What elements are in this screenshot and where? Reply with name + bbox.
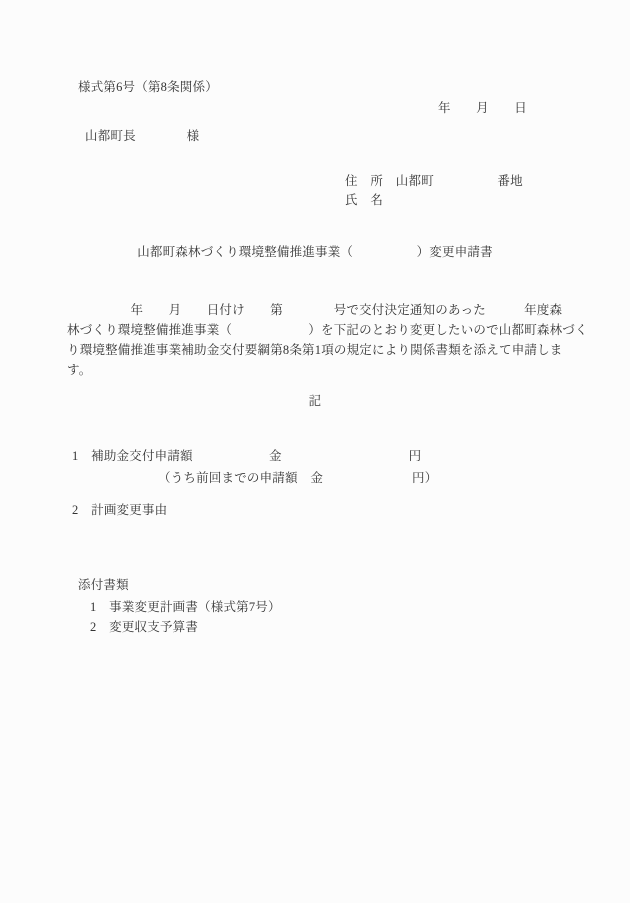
section-marker: 記 (0, 394, 630, 410)
previous-amount-line: （うち前回までの申請額 金 円） (158, 471, 437, 487)
body-line: 林づくり環境整備推進事業（ ）を下記のとおり変更したいので山都町森林づく (67, 320, 597, 340)
document-page: 様式第6号（第8条関係） 年 月 日 山都町長 様 住 所 山都町 番地 氏 名… (0, 0, 630, 903)
addressee-line: 山都町長 様 (85, 129, 199, 145)
document-title: 山都町森林づくり環境整備推進事業（ ）変更申請書 (0, 245, 630, 261)
form-number-label: 様式第6号（第8条関係） (78, 80, 218, 96)
attachment-item: 1 事業変更計画書（様式第7号） (90, 600, 281, 616)
subsidy-amount-line: 1 補助金交付申請額 金 円 (72, 449, 421, 465)
body-paragraph: 年 月 日付け 第 号で交付決定通知のあった 年度森 林づくり環境整備推進事業（… (67, 300, 597, 380)
change-reason-line: 2 計画変更事由 (72, 503, 167, 519)
attachments-label: 添付書類 (78, 578, 129, 594)
date-line: 年 月 日 (438, 101, 527, 117)
applicant-address-line: 住 所 山都町 番地 (345, 174, 523, 190)
applicant-name-line: 氏 名 (345, 193, 383, 209)
body-line: り環境整備推進事業補助金交付要綱第8条第1項の規定により関係書類を添えて申請しま (67, 340, 597, 360)
body-line: す。 (67, 360, 597, 380)
body-line: 年 月 日付け 第 号で交付決定通知のあった 年度森 (67, 300, 597, 320)
attachment-item: 2 変更収支予算書 (90, 620, 198, 636)
